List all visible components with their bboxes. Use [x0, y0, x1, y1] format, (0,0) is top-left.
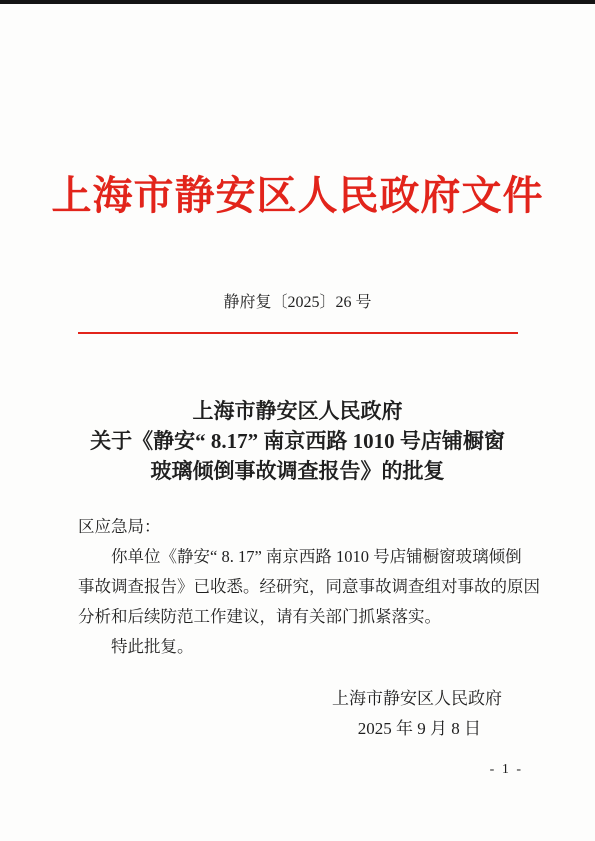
document-title: 上海市静安区人民政府 关于《静安“ 8.17” 南京西路 1010 号店铺橱窗 …	[30, 396, 565, 486]
signature-issuer: 上海市静安区人民政府	[332, 688, 502, 710]
title-line-1: 上海市静安区人民政府	[30, 396, 565, 426]
body-line-4: 特此批复。	[78, 632, 518, 662]
page-number: - 1 -	[490, 762, 523, 778]
scan-edge-bar	[0, 0, 595, 4]
title-line-3: 玻璃倾倒事故调查报告》的批复	[30, 456, 565, 486]
official-document-page: 上海市静安区人民政府文件 静府复〔2025〕26 号 上海市静安区人民政府 关于…	[0, 0, 595, 841]
red-divider-rule	[78, 332, 518, 334]
body-line-2: 事故调查报告》已收悉。经研究，同意事故调查组对事故的原因	[78, 572, 518, 602]
document-number: 静府复〔2025〕26 号	[0, 292, 595, 314]
document-header-title: 上海市静安区人民政府文件	[0, 172, 595, 220]
body-line-3: 分析和后续防范工作建议，请有关部门抓紧落实。	[78, 602, 518, 632]
signature-date: 2025 年 9 月 8 日	[358, 718, 481, 740]
body-line-1: 你单位《静安“ 8. 17” 南京西路 1010 号店铺橱窗玻璃倾倒	[78, 542, 518, 572]
document-body: 区应急局： 你单位《静安“ 8. 17” 南京西路 1010 号店铺橱窗玻璃倾倒…	[78, 512, 518, 662]
title-line-2: 关于《静安“ 8.17” 南京西路 1010 号店铺橱窗	[30, 426, 565, 456]
salutation: 区应急局：	[78, 512, 518, 542]
